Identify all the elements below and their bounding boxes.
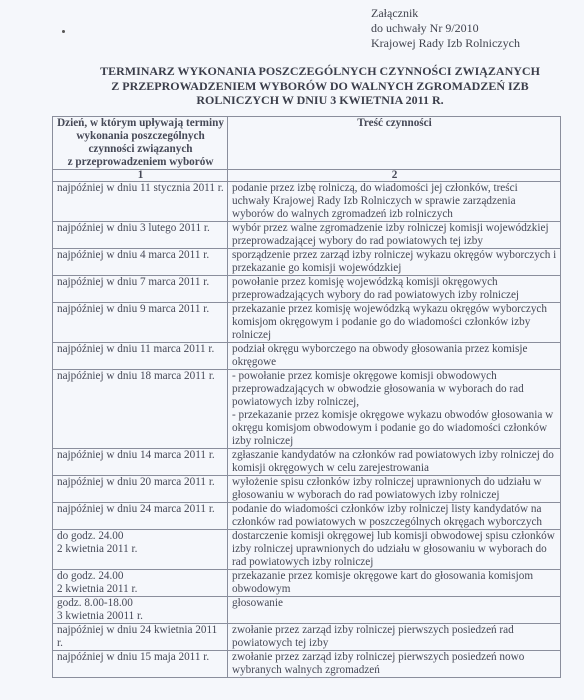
row-activity: sporządzenie przez zarząd izby rolniczej… — [228, 249, 561, 276]
row-activity: podanie do wiadomości członków izby roln… — [228, 503, 561, 530]
header-row: Dzień, w którym upływają terminy wykonan… — [53, 117, 561, 170]
row-date: najpóźniej w dniu 9 marca 2011 r. — [53, 303, 228, 343]
annex-note: Załącznik do uchwały Nr 9/2010 Krajowej … — [371, 6, 520, 51]
table-row: najpóźniej w dniu 11 marca 2011 r.podzia… — [53, 343, 561, 370]
annex-line-3: Krajowej Rady Izb Rolniczych — [371, 36, 520, 51]
row-date: najpóźniej w dniu 24 marca 2011 r. — [53, 503, 228, 530]
row-date: najpóźniej w dniu 14 marca 2011 r. — [53, 449, 228, 476]
row-date: najpóźniej w dniu 7 marca 2011 r. — [53, 276, 228, 303]
row-activity: podanie przez izbę rolniczą, do wiadomoś… — [228, 182, 561, 222]
annex-line-1: Załącznik — [371, 6, 520, 21]
row-activity: powołanie przez komisję wojewódzką komis… — [228, 276, 561, 303]
header-activity: Treść czynności — [228, 117, 561, 170]
document-title: TERMINARZ WYKONANIA POSZCZEGÓLNYCH CZYNN… — [60, 64, 580, 108]
row-date: najpóźniej w dniu 15 maja 2011 r. — [53, 651, 228, 678]
row-activity: dostarczenie komisji okręgowej lub komis… — [228, 530, 561, 570]
row-date: najpóźniej w dniu 20 marca 2011 r. — [53, 476, 228, 503]
column-number-row: 1 2 — [53, 170, 561, 182]
table-row: do godz. 24.00 2 kwietnia 2011 r.przekaz… — [53, 570, 561, 597]
table-row: najpóźniej w dniu 4 marca 2011 r.sporząd… — [53, 249, 561, 276]
row-activity: przekazanie przez komisje okręgowe kart … — [228, 570, 561, 597]
table-row: najpóźniej w dniu 3 lutego 2011 r.wybór … — [53, 222, 561, 249]
table-row: najpóźniej w dniu 14 marca 2011 r.zgłasz… — [53, 449, 561, 476]
table-row: najpóźniej w dniu 20 marca 2011 r.wyłoże… — [53, 476, 561, 503]
table-row: najpóźniej w dniu 18 marca 2011 r.- powo… — [53, 370, 561, 449]
column-number-1: 1 — [53, 170, 228, 182]
header-date: Dzień, w którym upływają terminy wykonan… — [53, 117, 228, 170]
table-row: najpóźniej w dniu 24 kwietnia 2011 r.zwo… — [53, 624, 561, 651]
table-row: do godz. 24.00 2 kwietnia 2011 r.dostarc… — [53, 530, 561, 570]
row-date: godz. 8.00-18.00 3 kwietnia 20011 r. — [53, 597, 228, 624]
table-row: najpóźniej w dniu 11 stycznia 2011 r.pod… — [53, 182, 561, 222]
row-activity: wyłożenie spisu członków izby rolniczej … — [228, 476, 561, 503]
table-row: najpóźniej w dniu 9 marca 2011 r.przekaz… — [53, 303, 561, 343]
row-date: najpóźniej w dniu 11 stycznia 2011 r. — [53, 182, 228, 222]
title-line-2: Z PRZEPROWADZENIEM WYBORÓW DO WALNYCH ZG… — [60, 79, 580, 94]
row-activity: zwołanie przez zarząd izby rolniczej pie… — [228, 624, 561, 651]
row-date: do godz. 24.00 2 kwietnia 2011 r. — [53, 570, 228, 597]
row-date: do godz. 24.00 2 kwietnia 2011 r. — [53, 530, 228, 570]
row-activity: zwołanie przez zarząd izby rolniczej pie… — [228, 651, 561, 678]
row-activity: - powołanie przez komisje okręgowe komis… — [228, 370, 561, 449]
table-row: godz. 8.00-18.00 3 kwietnia 20011 r.głos… — [53, 597, 561, 624]
table-row: najpóźniej w dniu 24 marca 2011 r.podani… — [53, 503, 561, 530]
row-date: najpóźniej w dniu 24 kwietnia 2011 r. — [53, 624, 228, 651]
title-line-1: TERMINARZ WYKONANIA POSZCZEGÓLNYCH CZYNN… — [60, 64, 580, 79]
table-row: najpóźniej w dniu 15 maja 2011 r.zwołani… — [53, 651, 561, 678]
row-activity: głosowanie — [228, 597, 561, 624]
table-row: najpóźniej w dniu 7 marca 2011 r.powołan… — [53, 276, 561, 303]
row-date: najpóźniej w dniu 18 marca 2011 r. — [53, 370, 228, 449]
column-number-2: 2 — [228, 170, 561, 182]
row-date: najpóźniej w dniu 3 lutego 2011 r. — [53, 222, 228, 249]
row-date: najpóźniej w dniu 4 marca 2011 r. — [53, 249, 228, 276]
row-date: najpóźniej w dniu 11 marca 2011 r. — [53, 343, 228, 370]
row-activity: podział okręgu wyborczego na obwody głos… — [228, 343, 561, 370]
title-line-3: ROLNICZYCH W DNIU 3 KWIETNIA 2011 R. — [60, 93, 580, 108]
schedule-table: Dzień, w którym upływają terminy wykonan… — [52, 116, 561, 678]
row-activity: zgłaszanie kandydatów na członków rad po… — [228, 449, 561, 476]
row-activity: przekazanie przez komisję wojewódzką wyk… — [228, 303, 561, 343]
annex-line-2: do uchwały Nr 9/2010 — [371, 21, 520, 36]
scan-speck — [62, 30, 65, 33]
row-activity: wybór przez walne zgromadzenie izby roln… — [228, 222, 561, 249]
schedule-body: najpóźniej w dniu 11 stycznia 2011 r.pod… — [53, 182, 561, 678]
